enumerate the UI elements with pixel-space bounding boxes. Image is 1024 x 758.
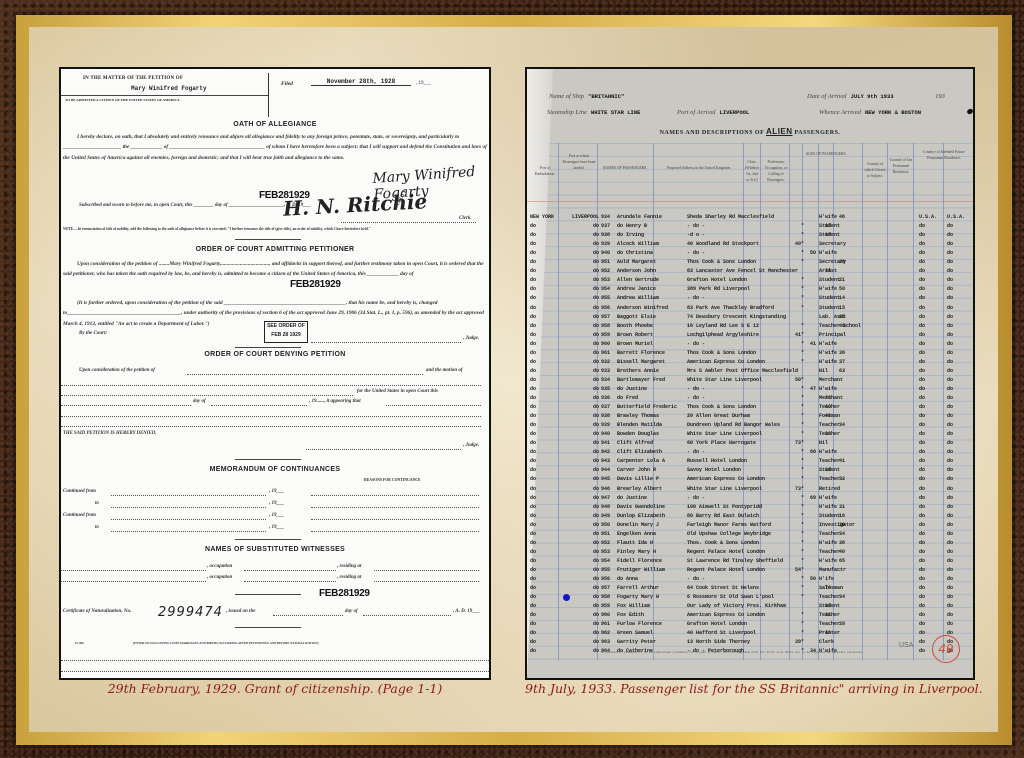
passenger-row: dodo935do Justine- do -*H'wifedodo47	[527, 385, 975, 394]
citizenship: do	[919, 448, 939, 457]
witness-name-line	[61, 570, 206, 571]
class-mark: *	[801, 412, 809, 421]
col-header-landed: Port at which Passengers have been lande…	[561, 153, 597, 171]
ticket-number: 934	[601, 376, 615, 385]
port-of-embarkation: do	[530, 276, 568, 285]
occupation: H'wife	[819, 448, 861, 457]
port-of-embarkation: do	[530, 285, 568, 294]
stamp-line-2: FEB 28 1929	[265, 331, 307, 340]
passenger-name: Carpenter Lola A	[617, 457, 689, 466]
class-mark: *	[801, 421, 809, 430]
filed-year-suffix: , 19___	[416, 81, 431, 86]
citizenship: do	[919, 494, 939, 503]
last-residence: do	[947, 494, 967, 503]
section-rule	[235, 594, 301, 595]
passenger-name: Engelken Anna	[617, 530, 689, 539]
port-landed: LIVERPOOL	[567, 213, 599, 222]
reasons-header: REASONS FOR CONTINUANCE	[364, 478, 421, 482]
class-mark: *	[801, 285, 809, 294]
passenger-name: Brown Muriel	[617, 340, 689, 349]
gold-frame: IN THE MATTER OF THE PETITION OF Mary Wi…	[16, 15, 1012, 745]
ship-value: "BRITANNIC"	[588, 93, 624, 100]
port-landed: do	[567, 385, 599, 394]
port-of-embarkation: do	[530, 349, 568, 358]
class-mark: *	[801, 557, 809, 566]
proposed-address: Grafton Hotel London	[687, 620, 799, 629]
class-mark: *	[801, 322, 809, 331]
citizenship: do	[919, 548, 939, 557]
judge-line	[306, 449, 461, 450]
citizenship: do	[919, 512, 939, 521]
port-of-embarkation: do	[530, 512, 568, 521]
passenger-row: dodo936do Fred- do -*Merchantdodo23	[527, 394, 975, 403]
proposed-address: 100 Aimwell St Pontypridd	[687, 503, 799, 512]
class-mark: *	[801, 349, 809, 358]
port-landed: do	[567, 412, 599, 421]
passenger-age: 47	[810, 385, 820, 394]
last-residence: do	[947, 349, 967, 358]
day-of-label: day of	[345, 609, 358, 614]
passenger-name: Booth Phoebe	[617, 322, 689, 331]
last-residence: do	[947, 394, 967, 403]
passenger-age: 18	[825, 231, 835, 240]
occupation-label: , occupation	[207, 575, 232, 580]
port-landed: do	[567, 584, 599, 593]
port-of-embarkation: do	[530, 385, 568, 394]
section-rule	[235, 239, 301, 240]
passenger-row: dodo956do Anna- do -*H'ifedodo50	[527, 575, 975, 584]
passenger-row: dodo937Butterfield FredericThos Cook & S…	[527, 403, 975, 412]
arrival-label: Date of Arrival	[807, 93, 847, 100]
passenger-name: Andrew Janice	[617, 285, 689, 294]
proposed-address: Thos Cook & Sons London	[687, 403, 799, 412]
proposed-address: Russell Hotel London	[687, 457, 799, 466]
occupation: Manufactr	[819, 566, 861, 575]
title-suffix: PASSENGERS.	[795, 130, 841, 136]
class-mark: *	[801, 358, 809, 367]
citizenship: do	[919, 593, 939, 602]
port-of-embarkation: do	[530, 647, 568, 656]
ticket-number: 953	[601, 276, 615, 285]
ticket-number: 955	[601, 566, 615, 575]
passenger-name: Brown Robert	[617, 331, 689, 340]
passenger-row: dodo961Furlow FlorenceGrafton Hotel Lond…	[527, 620, 975, 629]
class-mark: *	[801, 593, 809, 602]
passenger-row: dodo932Bissell MargaretAmerican Express …	[527, 358, 975, 367]
passenger-age: 37	[839, 358, 849, 367]
proposed-address: White Star Line Liverpool	[687, 485, 799, 494]
citizenship: do	[919, 566, 939, 575]
proposed-address: Savoy Hotel London	[687, 466, 799, 475]
citizenship: do	[919, 466, 939, 475]
passenger-name: Alcock William	[617, 240, 689, 249]
port-landed: do	[567, 466, 599, 475]
proposed-address: Thos Cook & Sons London	[687, 349, 799, 358]
proposed-address: 83 Lancaster Ave Fencel St Manchester	[687, 267, 799, 276]
citizenship: do	[919, 313, 939, 322]
passenger-name: Arundale Fannie	[617, 213, 689, 222]
port-landed: do	[567, 475, 599, 484]
petitioner-name: Mary Winifred Fogarty	[131, 85, 207, 92]
port-landed: do	[567, 566, 599, 575]
passenger-name: Bowden Douglas	[617, 430, 689, 439]
port-of-embarkation: do	[530, 620, 568, 629]
continued-from-2: Continued from	[63, 513, 96, 518]
passenger-row: dodo958Booth Phoebe16 Leyland Rd Lee S E…	[527, 322, 975, 331]
continuance-suffix: , 19___	[269, 513, 284, 518]
proposed-address: Mrs S Ambler Post Office Macclesfield	[687, 367, 799, 376]
proposed-address: Our Lady of Victory Pres. Kirkham	[687, 602, 799, 611]
last-residence: do	[947, 403, 967, 412]
ticket-number: 949	[601, 512, 615, 521]
passenger-row: dodo943Carpenter Lola ARussell Hotel Lon…	[527, 457, 975, 466]
passenger-row: dodo940do Christina- do -*H'wifedodo50	[527, 249, 975, 258]
port-landed: do	[567, 313, 599, 322]
port-landed: do	[567, 304, 599, 313]
ticket-number: 934	[601, 213, 615, 222]
continued-to-1: to	[95, 501, 99, 506]
proposed-address: Thos. Cook & Sons London	[687, 539, 799, 548]
port-landed: do	[567, 457, 599, 466]
port-of-embarkation: do	[530, 575, 568, 584]
passenger-name: do Henry B	[617, 222, 689, 231]
whence-value: NEW YORK & BOSTON	[865, 109, 921, 116]
passenger-age: 13	[825, 602, 835, 611]
port-landed: do	[567, 222, 599, 231]
ticket-number: 935	[601, 385, 615, 394]
fill-line	[273, 615, 343, 616]
passenger-name: Baggott Elsie	[617, 313, 689, 322]
passenger-age: 16	[839, 512, 849, 521]
proposed-address: American Express Co London	[687, 611, 799, 620]
continuance-suffix: , 19___	[269, 501, 284, 506]
port-landed: do	[567, 358, 599, 367]
passenger-row: dodo957Baggott Elsie74 Dewsbury Crescent…	[527, 313, 975, 322]
citizenship: do	[919, 322, 939, 331]
ticket-number: 938	[601, 412, 615, 421]
ticket-number: 951	[601, 530, 615, 539]
reason-line	[311, 507, 479, 508]
last-residence: do	[947, 430, 967, 439]
ticket-number: 947	[601, 494, 615, 503]
ticket-number: 959	[601, 602, 615, 611]
proposed-address: Old Upshaw College Weybridge	[687, 530, 799, 539]
port-landed: do	[567, 249, 599, 258]
port-landed: do	[567, 494, 599, 503]
passenger-list-document: Name of Ship"BRITANNIC" Date of ArrivalJ…	[525, 67, 975, 680]
port-landed: do	[567, 294, 599, 303]
passenger-row: dodo949Dunlop Elizabeth80 Barry Rd East …	[527, 512, 975, 521]
reason-line	[311, 519, 479, 520]
port-landed: do	[567, 267, 599, 276]
port-of-embarkation: do	[530, 503, 568, 512]
class-mark: *	[801, 503, 809, 512]
passenger-name: Brawley Thomas	[617, 412, 689, 421]
last-residence: do	[947, 367, 967, 376]
citizenship: do	[919, 575, 939, 584]
passenger-name: Fidell Florence	[617, 557, 689, 566]
citizenship: do	[919, 539, 939, 548]
passenger-name: Frutiger William	[617, 566, 689, 575]
port-landed: do	[567, 285, 599, 294]
port-of-embarkation: do	[530, 638, 568, 647]
port-of-embarkation: do	[530, 394, 568, 403]
proposed-address: Farleigh Manor Farms Watford	[687, 521, 799, 530]
ticket-number: 962	[601, 629, 615, 638]
port-landed: do	[567, 539, 599, 548]
passenger-age: 39	[839, 620, 849, 629]
col-header-class: Class. (Whether 1st, 2nd or 3rd.)	[744, 159, 760, 183]
passenger-name: Brearley Albert	[617, 485, 689, 494]
last-residence: do	[947, 222, 967, 231]
fill-line	[61, 395, 353, 396]
ticket-number: 938	[601, 231, 615, 240]
citizenship: do	[919, 340, 939, 349]
passenger-age: 50	[839, 285, 849, 294]
ink-mark	[966, 108, 974, 115]
citizenship: do	[919, 331, 939, 340]
fill-line	[187, 374, 423, 375]
ticket-number: 961	[601, 349, 615, 358]
fill-line	[61, 426, 481, 427]
passenger-age: 31	[839, 503, 849, 512]
citizenship: do	[919, 249, 939, 258]
ticket-number: 960	[601, 340, 615, 349]
col-header-citizen: Country of which Citizen or Subject.	[863, 161, 887, 179]
proposed-address: White Star Line Liverpool	[687, 430, 799, 439]
last-residence: do	[947, 557, 967, 566]
passenger-row: dodo939Blenden MatildaDundreen Upland Rd…	[527, 421, 975, 430]
col-header-address: Proposed Address in the United Kingdom.	[659, 165, 739, 171]
passenger-age: 38	[839, 258, 849, 267]
occupation: Merchant	[819, 376, 861, 385]
proposed-address: - do -	[687, 575, 799, 584]
ticket-number: 933	[601, 367, 615, 376]
passenger-name: Clift Alfred	[617, 439, 689, 448]
class-mark: *	[801, 394, 809, 403]
last-residence: do	[947, 358, 967, 367]
ticket-number: 955	[601, 294, 615, 303]
port-landed: do	[567, 611, 599, 620]
port-of-embarkation: do	[530, 530, 568, 539]
passenger-name: Auld Margaret	[617, 258, 689, 267]
petition-header: IN THE MATTER OF THE PETITION OF Mary Wi…	[61, 73, 269, 117]
reason-line	[311, 495, 479, 496]
passenger-age: 60	[825, 403, 835, 412]
port-landed: do	[567, 548, 599, 557]
port-of-embarkation: do	[530, 557, 568, 566]
passenger-row: dodo957Farrell Arthur64 Cook Street St H…	[527, 584, 975, 593]
citizenship: do	[919, 367, 939, 376]
proposed-address: 60 York Place Harrogate	[687, 439, 799, 448]
ticket-number: 937	[601, 222, 615, 231]
last-residence: do	[947, 267, 967, 276]
form-number: 10-466	[75, 641, 84, 645]
port-of-embarkation: do	[530, 566, 568, 575]
proposed-address: Regent Palace Hotel London	[687, 548, 799, 557]
ticket-number: 956	[601, 575, 615, 584]
occupation: H'ife	[819, 575, 861, 584]
citizenship: do	[919, 240, 939, 249]
port-landed: do	[567, 340, 599, 349]
header-rule	[527, 201, 973, 202]
class-mark: *	[801, 430, 809, 439]
filed-label: Filed	[281, 81, 293, 87]
passenger-row: dodo933Brothers AnnieMrs S Ambler Post O…	[527, 367, 975, 376]
citizenship: do	[919, 394, 939, 403]
last-residence: do	[947, 439, 967, 448]
last-residence: do	[947, 385, 967, 394]
last-residence: do	[947, 548, 967, 557]
passenger-row: dodo961Barrett FlorenceThos Cook & Sons …	[527, 349, 975, 358]
passenger-age: 23	[825, 394, 835, 403]
fill-line	[61, 405, 191, 406]
proposed-address: Thos Cook & Sons London	[687, 258, 799, 267]
ticket-number: 943	[601, 457, 615, 466]
passenger-row: dodo946Brearley AlbertWhite Star Line Li…	[527, 485, 975, 494]
class-mark: *	[801, 385, 809, 394]
passenger-age: 36	[839, 349, 849, 358]
class-mark: *	[801, 620, 809, 629]
certificate-label: Certificate of Naturalization, No.	[63, 609, 131, 614]
passenger-name: Carver John R	[617, 466, 689, 475]
passenger-row: dodo955Andrew William- do -*Studentdodo1…	[527, 294, 975, 303]
citizenship: do	[919, 584, 939, 593]
passenger-age: 69	[810, 494, 820, 503]
citizenship: U.S.A.	[919, 213, 939, 222]
passenger-row: dodo941Clift Alfred60 York Place Harroga…	[527, 439, 975, 448]
citizenship: do	[919, 258, 939, 267]
denying-line-1: Upon consideration of the petition of	[79, 368, 155, 373]
citizenship: do	[919, 285, 939, 294]
occupation: H'wife	[819, 249, 861, 258]
port-landed: do	[567, 602, 599, 611]
port-landed: do	[567, 421, 599, 430]
passenger-age: 42	[825, 412, 835, 421]
passenger-age: 54	[795, 566, 805, 575]
citizenship: do	[919, 439, 939, 448]
last-residence: do	[947, 457, 967, 466]
date-stamp-certificate: FEB281929	[319, 588, 370, 599]
passenger-row: dodo940Bowden DouglasWhite Star Line Liv…	[527, 430, 975, 439]
section-rule	[235, 627, 301, 628]
passenger-age: 15	[839, 304, 849, 313]
passenger-name: Bartlemayer Fred	[617, 376, 689, 385]
oath-text: I hereby declare, on oath, that I absolu…	[63, 132, 487, 163]
port-of-embarkation: do	[530, 294, 568, 303]
residence-line	[374, 581, 479, 582]
proposed-address: 64 Cook Street St Helens	[687, 584, 799, 593]
passenger-age: 21	[839, 276, 849, 285]
passenger-row: dodo945Davis Lillie PAmerican Express Co…	[527, 475, 975, 484]
passenger-row: dodo955Frutiger WilliamRegent Palace Hot…	[527, 566, 975, 575]
residing-label: , residing at	[337, 564, 361, 569]
port-landed: do	[567, 557, 599, 566]
citizenship: do	[919, 231, 939, 240]
passenger-row: dodo960Fox EdithAmerican Express Co Lond…	[527, 611, 975, 620]
clerk-line	[341, 222, 476, 223]
passenger-age: 34	[839, 421, 849, 430]
divider	[61, 95, 268, 96]
passenger-name: Fogarty Mary W	[617, 593, 689, 602]
passenger-name: Allen Gertrude	[617, 276, 689, 285]
proposed-address: 16 Leyland Rd Lee S E 12	[687, 322, 799, 331]
passenger-age: 25	[839, 313, 849, 322]
last-residence: do	[947, 620, 967, 629]
port-landed: do	[567, 575, 599, 584]
title-alien: ALIEN	[766, 127, 793, 136]
passenger-name: Blenden Matilda	[617, 421, 689, 430]
port-landed: do	[567, 485, 599, 494]
passenger-age: 63	[839, 367, 849, 376]
last-residence: do	[947, 503, 967, 512]
occupation: H'wife	[819, 385, 861, 394]
passenger-name: Finley Mary H	[617, 548, 689, 557]
motion-of-label: and the motion of	[426, 368, 463, 373]
proposed-address: 80 Barry Rd East Dulwich	[687, 512, 799, 521]
col-header-ages: AGES OF PASSENGERS.	[791, 151, 861, 157]
citizenship: do	[919, 304, 939, 313]
last-residence: do	[947, 448, 967, 457]
citizenship: do	[919, 503, 939, 512]
fill-line	[386, 405, 481, 406]
whence-label: Whence Arrived	[819, 109, 861, 116]
citizenship: do	[919, 611, 939, 620]
port-of-embarkation: do	[530, 331, 568, 340]
last-residence: do	[947, 313, 967, 322]
port-landed: do	[567, 376, 599, 385]
last-residence: do	[947, 331, 967, 340]
residence-line	[374, 570, 479, 571]
fill-line	[111, 507, 266, 508]
passenger-name: Dunlop Elizabeth	[617, 512, 689, 521]
passenger-row: dodo938do Irving-d o -*Studentdodo18	[527, 231, 975, 240]
passenger-row: dodo947do Justine- do -*H'wifedodo69	[527, 494, 975, 503]
continued-from-1: Continued from	[63, 489, 96, 494]
ticket-number: 953	[601, 548, 615, 557]
witness-name-line	[61, 581, 206, 582]
page-number: 49	[932, 635, 960, 663]
passenger-age: 30	[839, 521, 849, 530]
passenger-name: do Justine	[617, 494, 689, 503]
port-of-embarkation: do	[530, 231, 568, 240]
order-denying-title: ORDER OF COURT DENYING PETITION	[61, 351, 489, 358]
last-residence: do	[947, 575, 967, 584]
line-label: Steamship Line	[547, 109, 587, 116]
ticket-number: 957	[601, 313, 615, 322]
passenger-row: dodo937do Henry B- do -*Studentdodo15	[527, 222, 975, 231]
passenger-name: Davis Gwendoline	[617, 503, 689, 512]
class-mark: *	[801, 466, 809, 475]
col-header-last-residence: Country of last Permanent Residence.	[889, 157, 913, 175]
citizenship: do	[919, 294, 939, 303]
citizenship: do	[919, 412, 939, 421]
port-landed: do	[567, 530, 599, 539]
port-landed: do	[567, 503, 599, 512]
ship-label: Name of Ship	[549, 93, 584, 100]
proposed-address: 40 Woodland Rd Stockport	[687, 240, 799, 249]
passenger-name: Furlow Florence	[617, 620, 689, 629]
caption-passenger-list: 9th July, 1933. Passenger list for the S…	[525, 681, 975, 696]
ticket-number: 950	[601, 521, 615, 530]
last-residence: do	[947, 376, 967, 385]
citizenship: do	[919, 385, 939, 394]
passenger-name: Fox Edith	[617, 611, 689, 620]
see-order-stamp: SEE ORDER OF FEB 28 1929	[264, 321, 308, 343]
class-mark: *	[801, 222, 809, 231]
ticket-number: 954	[601, 285, 615, 294]
section-rule	[235, 459, 301, 460]
